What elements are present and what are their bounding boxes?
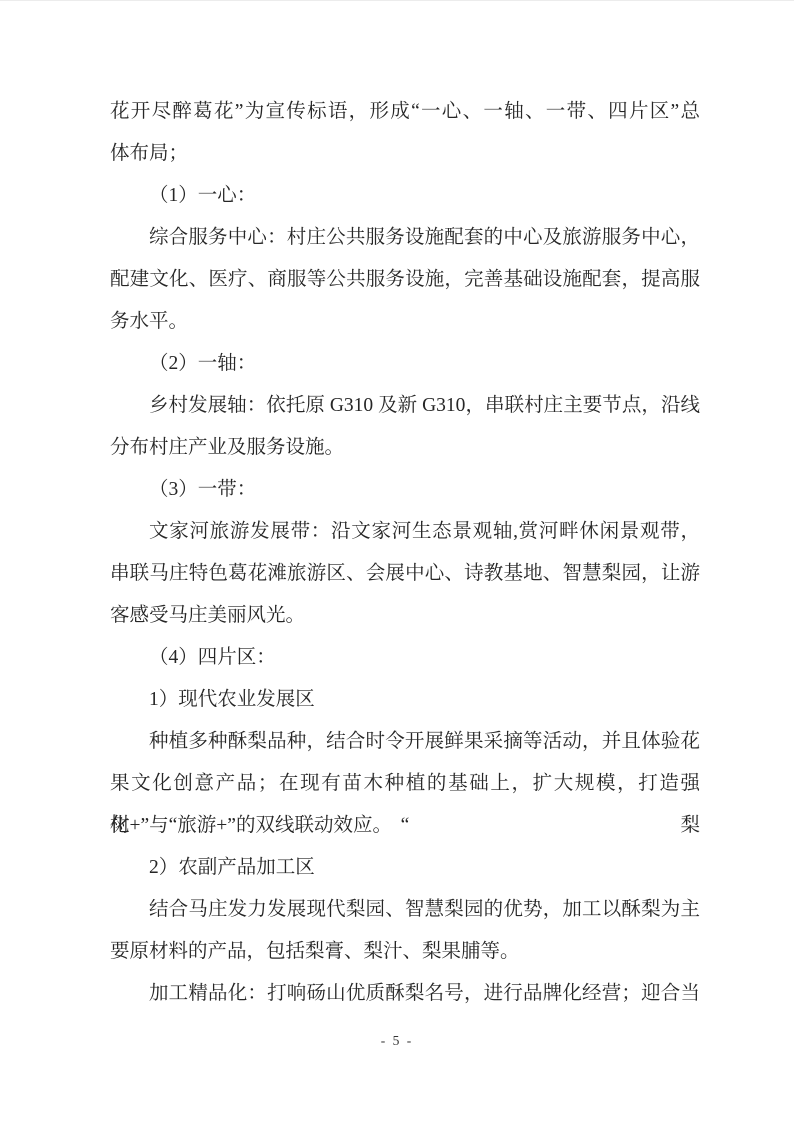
list-item-heading: （2）一轴： <box>110 343 700 385</box>
text-line: 串联马庄特色葛花滩旅游区、会展中心、诗教基地、智慧梨园，让游 <box>110 553 700 595</box>
text-line: 文家河旅游发展带：沿文家河生态景观轴,赏河畔休闲景观带， <box>110 511 700 553</box>
text-line: 加工精品化：打响砀山优质酥梨名号，进行品牌化经营；迎合当 <box>110 973 700 1015</box>
list-item-heading: （1）一心： <box>110 175 700 217</box>
page-number: - 5 - <box>0 1033 794 1049</box>
list-item-heading: （3）一带： <box>110 469 700 511</box>
list-item-heading: （4）四片区： <box>110 637 700 679</box>
text-line: 配建文化、医疗、商服等公共服务设施，完善基础设施配套，提高服 <box>110 259 700 301</box>
text-line: 体布局； <box>110 133 700 175</box>
text-line: 种植多种酥梨品种，结合时令开展鲜果采摘等活动，并且体验花 <box>110 721 700 763</box>
text-line: 综合服务中心：村庄公共服务设施配套的中心及旅游服务中心， <box>110 217 700 259</box>
text-line: 要原材料的产品，包括梨膏、梨汁、梨果脯等。 <box>110 931 700 973</box>
document-page: 花开尽醉葛花”为宣传标语，形成“一心、一轴、一带、四片区”总 体布局； （1）一… <box>0 0 794 1122</box>
text-line: 乡村发展轴：依托原 G310 及新 G310，串联村庄主要节点，沿线 <box>110 385 700 427</box>
text-line: 分布村庄产业及服务设施。 <box>110 427 700 469</box>
text-line: 客感受马庄美丽风光。 <box>110 595 700 637</box>
sub-item-heading: 1）现代农业发展区 <box>110 679 700 721</box>
text-line: 务水平。 <box>110 301 700 343</box>
text-line: 花开尽醉葛花”为宣传标语，形成“一心、一轴、一带、四片区”总 <box>110 91 700 133</box>
sub-item-heading: 2）农副产品加工区 <box>110 847 700 889</box>
document-body: 花开尽醉葛花”为宣传标语，形成“一心、一轴、一带、四片区”总 体布局； （1）一… <box>110 91 700 1015</box>
text-line: 结合马庄发力发展现代梨园、智慧梨园的优势，加工以酥梨为主 <box>110 889 700 931</box>
text-line: 果文化创意产品；在现有苗木种植的基础上，扩大规模，打造强化“梨 <box>110 763 700 805</box>
